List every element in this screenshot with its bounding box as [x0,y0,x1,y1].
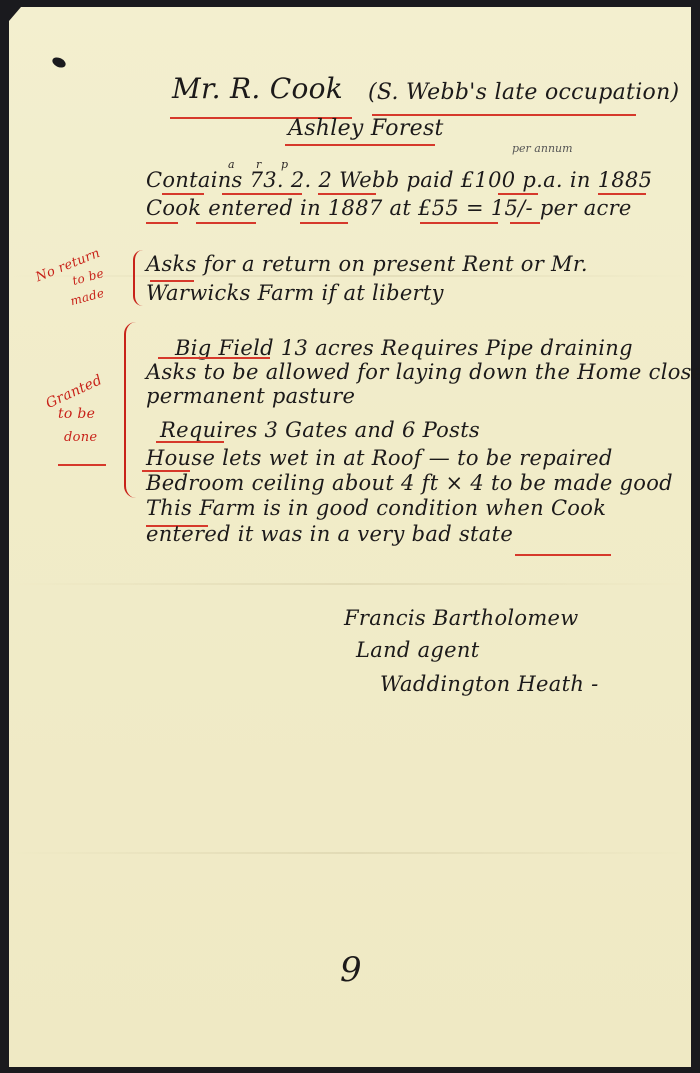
item-line: Requires 3 Gates and 6 Posts [160,418,480,442]
interlinear-note: per annum [512,142,573,155]
red-bracket [133,250,143,306]
margin-note-line: done [64,430,97,445]
heading-subtitle: (S. Webb's late occupation) [368,80,679,105]
underline [498,193,538,195]
fold-line [9,852,691,854]
underline [222,193,302,195]
underline [196,222,256,224]
underline [510,222,540,224]
signature-role: Land agent [356,638,479,662]
request-line: Asks for a return on present Rent or Mr. [146,252,588,276]
signature-place: Waddington Heath - [380,672,599,696]
item-line: This Farm is in good condition when Cook [146,496,606,520]
page-number: 9 [340,950,362,990]
item-line: Bedroom ceiling about 4 ft × 4 to be mad… [146,471,673,495]
underline [300,222,348,224]
underline [285,144,435,146]
heading-location: Ashley Forest [288,116,444,141]
underline [420,222,498,224]
underline [515,554,611,556]
item-line: House lets wet in at Roof — to be repair… [146,446,613,470]
tenancy-line-1: Contains 73. 2. 2 Webb paid £100 p.a. in… [146,168,652,192]
tenancy-line-2: Cook entered in 1887 at £55 = 15/- per a… [146,196,632,220]
underline [146,222,178,224]
underline [162,193,204,195]
item-line: Asks to be allowed for laying down the H… [146,360,700,384]
underline [58,464,106,466]
signature-name: Francis Bartholomew [344,606,579,630]
underline [598,193,646,195]
underline [156,441,224,443]
underline [318,193,376,195]
heading-title: Mr. R. Cook [172,72,343,105]
request-line: Warwicks Farm if at liberty [146,281,444,305]
fold-line [9,583,691,585]
item-line: entered it was in a very bad state [146,522,513,546]
item-line: permanent pasture [146,384,355,408]
underline [158,357,270,359]
red-bracket [124,322,136,498]
margin-note-line: to be [58,406,95,422]
